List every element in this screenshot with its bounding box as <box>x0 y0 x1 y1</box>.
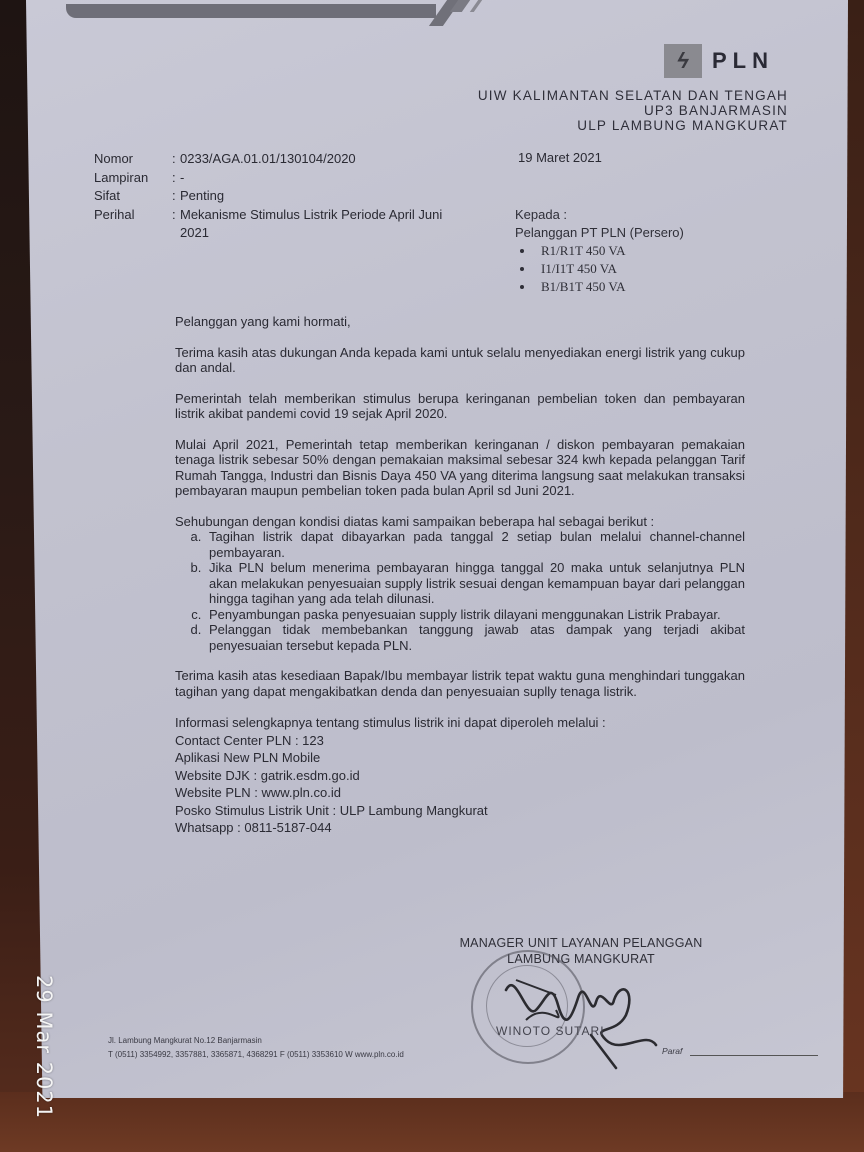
recipient-block: Kepada : Pelanggan PT PLN (Persero) R1/R… <box>515 206 684 296</box>
letter-meta: Nomor : 0233/AGA.01.01/130104/2020 Lampi… <box>94 150 450 243</box>
point-item: Jika PLN belum menerima pembayaran hingg… <box>205 560 745 607</box>
point-item: Pelanggan tidak membebankan tanggung jaw… <box>205 622 745 653</box>
brand-name: PLN <box>712 48 774 74</box>
footer-address: Jl. Lambung Mangkurat No.12 Banjarmasin <box>108 1034 404 1048</box>
meta-value: Mekanisme Stimulus Listrik Periode April… <box>180 206 450 243</box>
letter-page: ϟ PLN UIW KALIMANTAN SELATAN DAN TENGAH … <box>26 0 848 1098</box>
unit-line: UP3 BANJARMASIN <box>478 103 788 118</box>
handwritten-signature-icon <box>496 960 676 1070</box>
info-block: Informasi selengkapnya tentang stimulus … <box>175 714 745 837</box>
paragraph: Sehubungan dengan kondisi diatas kami sa… <box>175 514 745 530</box>
signer-name: WINOTO SUTARI <box>496 1024 605 1038</box>
recipient-label: Kepada : <box>515 206 684 224</box>
info-intro: Informasi selengkapnya tentang stimulus … <box>175 714 745 732</box>
paragraph: Mulai April 2021, Pemerintah tetap membe… <box>175 437 745 499</box>
meta-key: Sifat <box>94 187 172 206</box>
unit-line: UIW KALIMANTAN SELATAN DAN TENGAH <box>478 88 788 103</box>
recipient-name: Pelanggan PT PLN (Persero) <box>515 224 684 242</box>
info-line: Whatsapp : 0811-5187-044 <box>175 819 745 837</box>
header-decor-slash <box>470 0 482 12</box>
lightning-bolt-icon: ϟ <box>664 44 702 78</box>
pln-logo: ϟ PLN <box>664 44 774 78</box>
closing-paragraph: Terima kasih atas kesediaan Bapak/Ibu me… <box>175 668 745 699</box>
greeting: Pelanggan yang kami hormati, <box>175 314 745 330</box>
meta-sep: : <box>172 206 180 243</box>
paragraph: Terima kasih atas dukungan Anda kepada k… <box>175 345 745 376</box>
info-line: Website PLN : www.pln.co.id <box>175 784 745 802</box>
paragraph: Pemerintah telah memberikan stimulus ber… <box>175 391 745 422</box>
letter-date: 19 Maret 2021 <box>518 150 602 165</box>
meta-sep: : <box>172 187 180 206</box>
header-decor-band <box>66 4 436 18</box>
paraf-label: Paraf <box>662 1046 682 1056</box>
info-line: Contact Center PLN : 123 <box>175 732 745 750</box>
signatory-title-line: MANAGER UNIT LAYANAN PELANGGAN <box>436 935 726 951</box>
unit-line: ULP LAMBUNG MANGKURAT <box>478 118 788 133</box>
meta-row-perihal: Perihal : Mekanisme Stimulus Listrik Per… <box>94 206 450 243</box>
letter-body: Pelanggan yang kami hormati, Terima kasi… <box>175 314 745 837</box>
tariff-item: B1/B1T 450 VA <box>535 278 684 296</box>
paraf-line <box>690 1047 818 1056</box>
floor-surface <box>0 1092 864 1152</box>
meta-value: Penting <box>180 187 450 206</box>
meta-sep: : <box>172 150 180 169</box>
meta-key: Nomor <box>94 150 172 169</box>
tariff-list: R1/R1T 450 VA I1/I1T 450 VA B1/B1T 450 V… <box>515 242 684 296</box>
point-item: Tagihan listrik dapat dibayarkan pada ta… <box>205 529 745 560</box>
letter-footer: Jl. Lambung Mangkurat No.12 Banjarmasin … <box>108 1034 404 1062</box>
meta-value: 0233/AGA.01.01/130104/2020 <box>180 150 450 169</box>
meta-sep: : <box>172 169 180 188</box>
footer-contacts: T (0511) 3354992, 3357881, 3365871, 4368… <box>108 1048 404 1062</box>
meta-row-nomor: Nomor : 0233/AGA.01.01/130104/2020 <box>94 150 450 169</box>
point-item: Penyambungan paska penyesuaian supply li… <box>205 607 745 623</box>
meta-row-lampiran: Lampiran : - <box>94 169 450 188</box>
tariff-item: I1/I1T 450 VA <box>535 260 684 278</box>
meta-value: - <box>180 169 450 188</box>
meta-key: Lampiran <box>94 169 172 188</box>
photo-timestamp: 29 Mar 2021 <box>28 975 56 1135</box>
unit-address-block: UIW KALIMANTAN SELATAN DAN TENGAH UP3 BA… <box>478 88 788 133</box>
points-list: Tagihan listrik dapat dibayarkan pada ta… <box>175 529 745 653</box>
meta-row-sifat: Sifat : Penting <box>94 187 450 206</box>
paraf-field: Paraf <box>662 1046 818 1056</box>
info-line: Posko Stimulus Listrik Unit : ULP Lambun… <box>175 802 745 820</box>
meta-key: Perihal <box>94 206 172 243</box>
info-line: Aplikasi New PLN Mobile <box>175 749 745 767</box>
info-line: Website DJK : gatrik.esdm.go.id <box>175 767 745 785</box>
tariff-item: R1/R1T 450 VA <box>535 242 684 260</box>
